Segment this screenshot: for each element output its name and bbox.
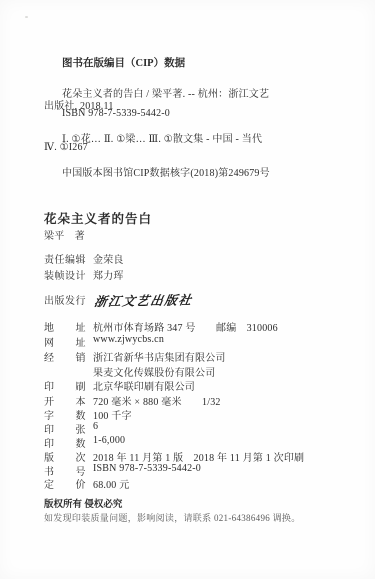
credit-value: 郑力珲 <box>93 267 124 282</box>
detail-row-print-run: 印 数 1-6,000 <box>44 435 125 450</box>
detail-row-printer: 印 刷 北京华联印刷有限公司 <box>44 378 195 393</box>
detail-row-distributor: 经 销 浙江省新华书店集团有限公司 <box>44 349 226 364</box>
credit-label: 装帧设计 <box>44 267 93 282</box>
detail-row-website: 网 址 www.zjwycbs.cn <box>44 334 164 349</box>
detail-value: 6 <box>93 421 98 436</box>
detail-label: 印 刷 <box>44 378 93 393</box>
credit-row-designer: 装帧设计 郑力珲 <box>44 267 124 282</box>
scan-artifact <box>25 16 28 18</box>
detail-label: 字 数 <box>44 407 93 422</box>
detail-value: 北京华联印刷有限公司 <box>93 378 195 393</box>
cip-classification-line1: Ⅰ. ①花… Ⅱ. ①梁… Ⅲ. ①散文集 - 中国 - 当代 <box>62 130 262 145</box>
quality-exchange-note: 如发现印装质量问题，影响阅读，请联系 021-64386496 调换。 <box>44 511 301 524</box>
detail-value: 果麦文化传媒股份有限公司 <box>93 364 215 379</box>
detail-label: 网 址 <box>44 334 93 349</box>
detail-label: 经 销 <box>44 349 93 364</box>
detail-row-address: 地 址 杭州市体育场路 347 号 邮编 310006 <box>44 319 278 334</box>
detail-label: 版 次 <box>44 449 93 464</box>
detail-label: 开 本 <box>44 393 93 408</box>
detail-value: 68.00 元 <box>93 476 129 491</box>
book-title: 花朵主义者的告白 <box>44 209 152 227</box>
detail-row-sheets: 印 张 6 <box>44 421 98 436</box>
detail-value: www.zjwycbs.cn <box>93 334 164 349</box>
detail-row-format: 开 本 720 毫米 × 880 毫米 1/32 <box>44 393 221 408</box>
copyright-notice: 版权所有 侵权必究 <box>44 496 122 510</box>
cip-header: 图书在版编目（CIP）数据 <box>62 55 185 70</box>
detail-label: 定 价 <box>44 476 93 491</box>
cip-registry-number: 中国版本图书馆CIP数据核字(2018)第249679号 <box>62 164 270 179</box>
detail-value: 2018 年 11 月第 1 版 2018 年 11 月第 1 次印刷 <box>93 449 304 464</box>
detail-label: 印 数 <box>44 435 93 450</box>
publisher-label: 出版发行 <box>44 292 93 310</box>
publisher-row: 出版发行 浙江文艺出版社 <box>44 292 191 310</box>
publisher-signature-logo: 浙江文艺出版社 <box>93 290 194 310</box>
detail-label <box>44 364 93 379</box>
detail-value: 杭州市体育场路 347 号 邮编 310006 <box>93 319 278 334</box>
cip-isbn: ISBN 978-7-5339-5442-0 <box>62 108 170 119</box>
detail-row-distributor-2: 果麦文化传媒股份有限公司 <box>44 364 215 379</box>
book-author: 梁平 著 <box>44 227 85 242</box>
colophon-page: 图书在版编目（CIP）数据 花朵主义者的告白 / 梁平著. -- 杭州：浙江文艺… <box>0 0 375 579</box>
credit-label: 责任编辑 <box>44 251 93 266</box>
detail-value: 100 千字 <box>93 407 132 422</box>
detail-label: 印 张 <box>44 421 93 436</box>
cip-classification-line2: Ⅳ. ①I267 <box>44 142 88 153</box>
credit-value: 金荣良 <box>93 251 124 266</box>
detail-row-word-count: 字 数 100 千字 <box>44 407 132 422</box>
detail-row-price: 定 价 68.00 元 <box>44 476 129 491</box>
detail-row-edition: 版 次 2018 年 11 月第 1 版 2018 年 11 月第 1 次印刷 <box>44 449 304 464</box>
detail-value: 720 毫米 × 880 毫米 1/32 <box>93 393 221 408</box>
credit-row-editor: 责任编辑 金荣良 <box>44 251 124 266</box>
detail-label: 地 址 <box>44 319 93 334</box>
detail-value: 1-6,000 <box>93 435 125 450</box>
detail-value: 浙江省新华书店集团有限公司 <box>93 349 226 364</box>
